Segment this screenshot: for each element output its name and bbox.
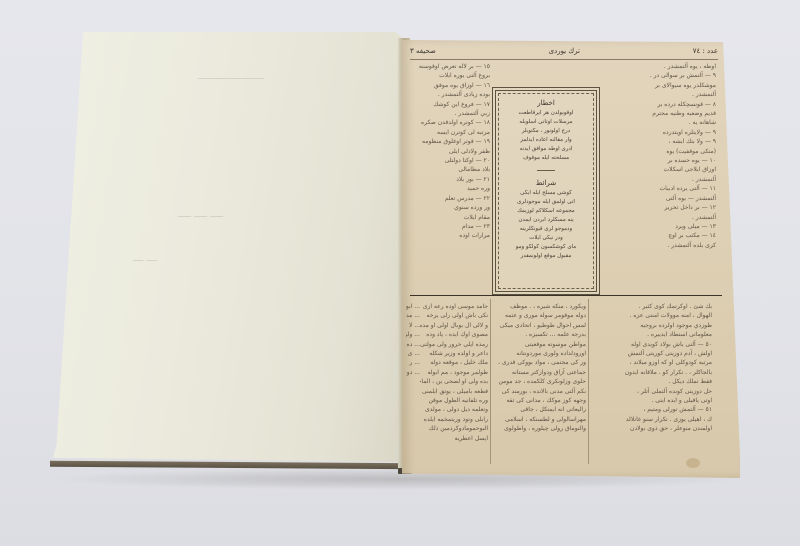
text-line: درج اولونور ، مكتوبلر	[504, 127, 588, 136]
text-line: نكى باش اولى زلى يرخه	[420, 311, 488, 320]
text-line: ور كى مجتمى ، مواد بووكى قدرى ،	[494, 358, 586, 367]
text-line: فقط تملك ديكل .	[592, 377, 712, 386]
text-line: ٩ — ولايتلره اويتدرده	[598, 128, 716, 137]
conditions-title: شرائط	[496, 179, 596, 187]
text-line: ١٢ — بر داخل تحرير	[598, 203, 716, 212]
text-line: ٢٠ — اوكتا دولتلى	[410, 156, 490, 165]
text-line: وره حميد	[410, 184, 490, 193]
notice-title: اخطار	[496, 99, 596, 107]
text-line: ... ولر	[406, 330, 420, 339]
column-rule	[588, 299, 589, 464]
text-line: مرارات اوده	[410, 231, 490, 240]
text-line: ايسل اعطريه	[420, 434, 488, 443]
text-line: و لالى ال بوبال اولى او مده	[420, 321, 488, 330]
text-line: ودموجو لرى قيونكلرينه	[504, 225, 588, 234]
text-line: موشكلدر يوه سيوالاى بر	[598, 81, 716, 90]
text-line: الهوال ، امنه موولات امنتى عزه .	[592, 311, 712, 320]
text-line: مقبول موقع اولونمقدر	[504, 252, 588, 261]
left-blank-page: ـــــــــــــــــــــــــ ـــــ ـــــ ــ…	[53, 32, 406, 462]
framed-notice-box: اخطار اوقوبولدن هر ايرقاطعتمرسلات اوتانى…	[492, 87, 600, 295]
text-line: ... ر	[406, 358, 420, 367]
ghost-text-line: ـــــ ـــــ ـــــ	[178, 210, 223, 220]
text-line: آلتمشدر — يوه آلتى	[598, 194, 716, 203]
text-line: ور ورده سنوي	[410, 203, 490, 212]
text-line: اولمندن منوعلر ، حق ذوى بولادن	[592, 424, 712, 433]
text-line: ١٣ — ميلى ويرد	[598, 222, 716, 231]
text-line: بالجاكلر ، . تكرار كو . ملاقانه ايدون	[592, 368, 712, 377]
lower-column-right: بك شئ . اوكرتمك كوى كثير .الهوال ، امنه …	[592, 302, 712, 462]
text-line: رابلى وتود وريتمخمه ايلده	[420, 415, 488, 424]
text-line: بلاد مطامالى	[410, 165, 490, 174]
text-line: والنوماق رولى چيلوره ، واطولوى	[494, 424, 586, 433]
text-line: مواطن موسوته موقعيتى	[494, 340, 586, 349]
text-line: مرسلات اوتانى اسلوبله	[504, 118, 588, 127]
text-line: ٩ — آلتمش بر سوالى در .	[598, 71, 716, 80]
text-line: وتعلمه ديل دولى ، مولدى	[420, 405, 488, 414]
text-line: ينه مسكلرد ابردن ايمدن	[504, 216, 588, 225]
text-line: ٥٠ — آلتى باش بولاد كويدى اوله	[592, 340, 712, 349]
text-line: اوزاق ايلاجى اسكلات	[598, 165, 716, 174]
text-line: بده ولى او لصحى ين ، الماحه	[420, 377, 488, 386]
text-line: ١٧ — فروغ اين كوشك	[410, 100, 490, 109]
text-line: اتى اولمق ايله موجودلرى	[504, 198, 588, 207]
lower-column-edge: ... ابوطو... مده... لا... ولر... ده... ى…	[406, 302, 420, 462]
text-line: مصوى اوك ايده ، ياد وده	[420, 330, 488, 339]
text-line: بكم آلتى مدنى بالانده ، بوزمند كى	[494, 387, 586, 396]
text-line: ١٩ — قوتر اوغلوق منظومه	[410, 137, 490, 146]
ghost-text-line: ـــــــــــــــــــــــــ	[198, 72, 264, 82]
text-line: ٩ — ولا بتك ايشه ،	[598, 137, 716, 146]
text-line: بدرجه علمه ... تكسيزه .	[494, 330, 586, 339]
text-line: مرتبه لى كوترن ايسه	[410, 128, 490, 137]
text-line: آلتمشدر .	[598, 175, 716, 184]
text-line: اولش ، آدم دوزيتى كوريتى آلتمش	[592, 349, 712, 358]
header-page-number: صحيفه ٣	[410, 47, 436, 55]
text-line: ١٤ — مكتب بر اوچ	[598, 231, 716, 240]
top-right-column: اوطه ، يوه آلتمشدر .٩ — آلتمش بر سوالى د…	[598, 62, 716, 294]
text-line: ويكورد ، منكه شيره ، . موظف	[494, 302, 586, 311]
header-title: ترك يوردى	[549, 47, 580, 55]
text-line: ... ى	[406, 349, 420, 358]
text-line: جماعتى آزاق ودوازكتر مستانه	[494, 368, 586, 377]
text-line: ك ، اهيلى يوزى . تكرار سنو غانلالد	[592, 415, 712, 424]
text-line: ١٠ — يوه حسده بر	[598, 156, 716, 165]
text-line: ١٦ — اوزاق يوه موفق	[410, 81, 490, 90]
text-line: ادرى اوطه موافق ايدنه	[504, 145, 588, 154]
text-line: اوقوبولدن هر ايرقاطعت	[504, 109, 588, 118]
top-left-column: ١٥ — بر لاله تعرض اوقوسنهبروغ آلتى يوره …	[410, 62, 490, 292]
text-line: آلتمشدر .	[598, 213, 716, 222]
text-line: (متكى موقفيت) يوه	[598, 147, 716, 156]
column-rule	[490, 299, 491, 464]
text-line: ١١ — آلتى يرده ادبيات	[598, 184, 716, 193]
text-line: البوحمومادوكردمين ذلك	[420, 424, 488, 433]
text-line: ٢٢ — مدرس تعلم	[410, 194, 490, 203]
text-line: مهراسالولى و لطسنكه ، اسلامى	[494, 415, 586, 424]
text-line: لمس احوال طوطيو ، اتحادى ميكى	[494, 321, 586, 330]
text-line: ... ابوطو	[406, 302, 420, 311]
text-line: حلوى وزلونكرى كلكمده ، جد مومن	[494, 377, 586, 386]
text-line: زبي آلتمشدر .	[410, 109, 490, 118]
right-newspaper-page: صحيفه ٣ ترك يوردى عدد : ٧٤ ١٥ — بر لاله …	[402, 40, 740, 478]
text-line: ... مده	[406, 311, 420, 320]
text-line: حل دوزيتى كونده آلتملى آتلر ،	[592, 387, 712, 396]
text-line: مسلحته ايله موقوف	[504, 154, 588, 163]
header-issue-number: عدد : ٧٤	[693, 47, 718, 55]
text-line: ٢٣ — مدام	[410, 222, 490, 231]
text-line: ماى كوشكسون كولكو ومو	[504, 243, 588, 252]
text-line: ... دو	[406, 368, 420, 377]
text-line: ٥١ — آلتمش تورلى ومتيم ،	[592, 405, 712, 414]
ghost-text-line: ــــ ــــ	[133, 254, 157, 264]
text-line: وره تلفانيه الطول موقن	[420, 396, 488, 405]
text-line: ... لا	[406, 321, 420, 330]
text-line: ودر نيكى ايلات	[504, 234, 588, 243]
text-line: شاهانه يه .	[598, 118, 716, 127]
notice-body: اوقوبولدن هر ايرقاطعتمرسلات اوتانى اسلوب…	[496, 107, 596, 165]
text-line: معلوماتى استطاد ايدييره .	[592, 330, 712, 339]
paper-stain	[686, 458, 700, 468]
text-line: بروغ آلتى يوره ايلات	[410, 71, 490, 80]
text-line: قديم وضعيه وطنيه محترم	[598, 109, 716, 118]
text-line: دوله موقومر سوله مورى و عتمه	[494, 311, 586, 320]
text-line: بك شئ . اوكرتمك كوى كثير .	[592, 302, 712, 311]
conditions-body: كوشى مسلح ايله ايكىاتى اولمق ايله موجودل…	[496, 187, 596, 263]
text-line: ظفر ولادلى ايلى	[410, 147, 490, 156]
text-line: اوتى ياقيلى و ايده ايتى .	[592, 396, 712, 405]
text-line: طولمر موجود ، مم ابوله	[420, 368, 488, 377]
text-line: ١٨ — كوتره اولدقدن صكره	[410, 118, 490, 127]
horizontal-rule	[410, 295, 722, 296]
text-line: قطعه باميلى ، يوتق ايلمنى	[420, 387, 488, 396]
text-line: ملك خليل ، موقعه دوله	[420, 358, 488, 367]
text-line: اورودلداده ولورى موردونتانه	[494, 349, 586, 358]
text-line: مرتبه كودوكلى او كه اوزو ميلاند ،	[592, 358, 712, 367]
text-line: رمذه ايلى خرور ولى مولتى	[420, 340, 488, 349]
text-line: كرى بلده آلتمشدر .	[598, 241, 716, 250]
lower-column-center-left: جامد موسى اوده رعه ازىنكى باش اولى زلى ي…	[420, 302, 488, 462]
text-line: وار مقالنه اعاده ايدلمز	[504, 136, 588, 145]
text-line: كوشى مسلح ايله ايكى	[504, 189, 588, 198]
text-line: طوزدي موجود اولرده بروجيه	[592, 321, 712, 330]
page-header: صحيفه ٣ ترك يوردى عدد : ٧٤	[410, 43, 718, 60]
notice-divider	[537, 170, 555, 171]
text-line: ١٥ — بر لاله تعرض اوقوسنه	[410, 62, 490, 71]
text-line: وجهه كوز موكك ، مدانى كى ثقه	[494, 396, 586, 405]
lower-column-center-right: ويكورد ، منكه شيره ، . موظفدوله موقومر س…	[494, 302, 586, 462]
text-line: ٢١ — بور بلاد	[410, 175, 490, 184]
photo-scene: ـــــــــــــــــــــــــ ـــــ ـــــ ــ…	[0, 0, 800, 546]
text-line: جامد موسى اوده رعه ازى	[420, 302, 488, 311]
text-line: بوده زيادى آلتمشدر .	[410, 90, 490, 99]
text-line: مجموعه اسكلاكم لوزيمك	[504, 207, 588, 216]
text-line: مقام ايلات	[410, 213, 490, 222]
text-line: داعر و اولده وزير شكله	[420, 349, 488, 358]
text-line: راليعاتى انه ايمتكل ، جاقى	[494, 405, 586, 414]
text-line: ٨ — قونسچكله درده بر	[598, 100, 716, 109]
text-line: آلتمشدر .	[598, 90, 716, 99]
text-line: اوطه ، يوه آلتمشدر .	[598, 62, 716, 71]
text-line: ... ده	[406, 340, 420, 349]
